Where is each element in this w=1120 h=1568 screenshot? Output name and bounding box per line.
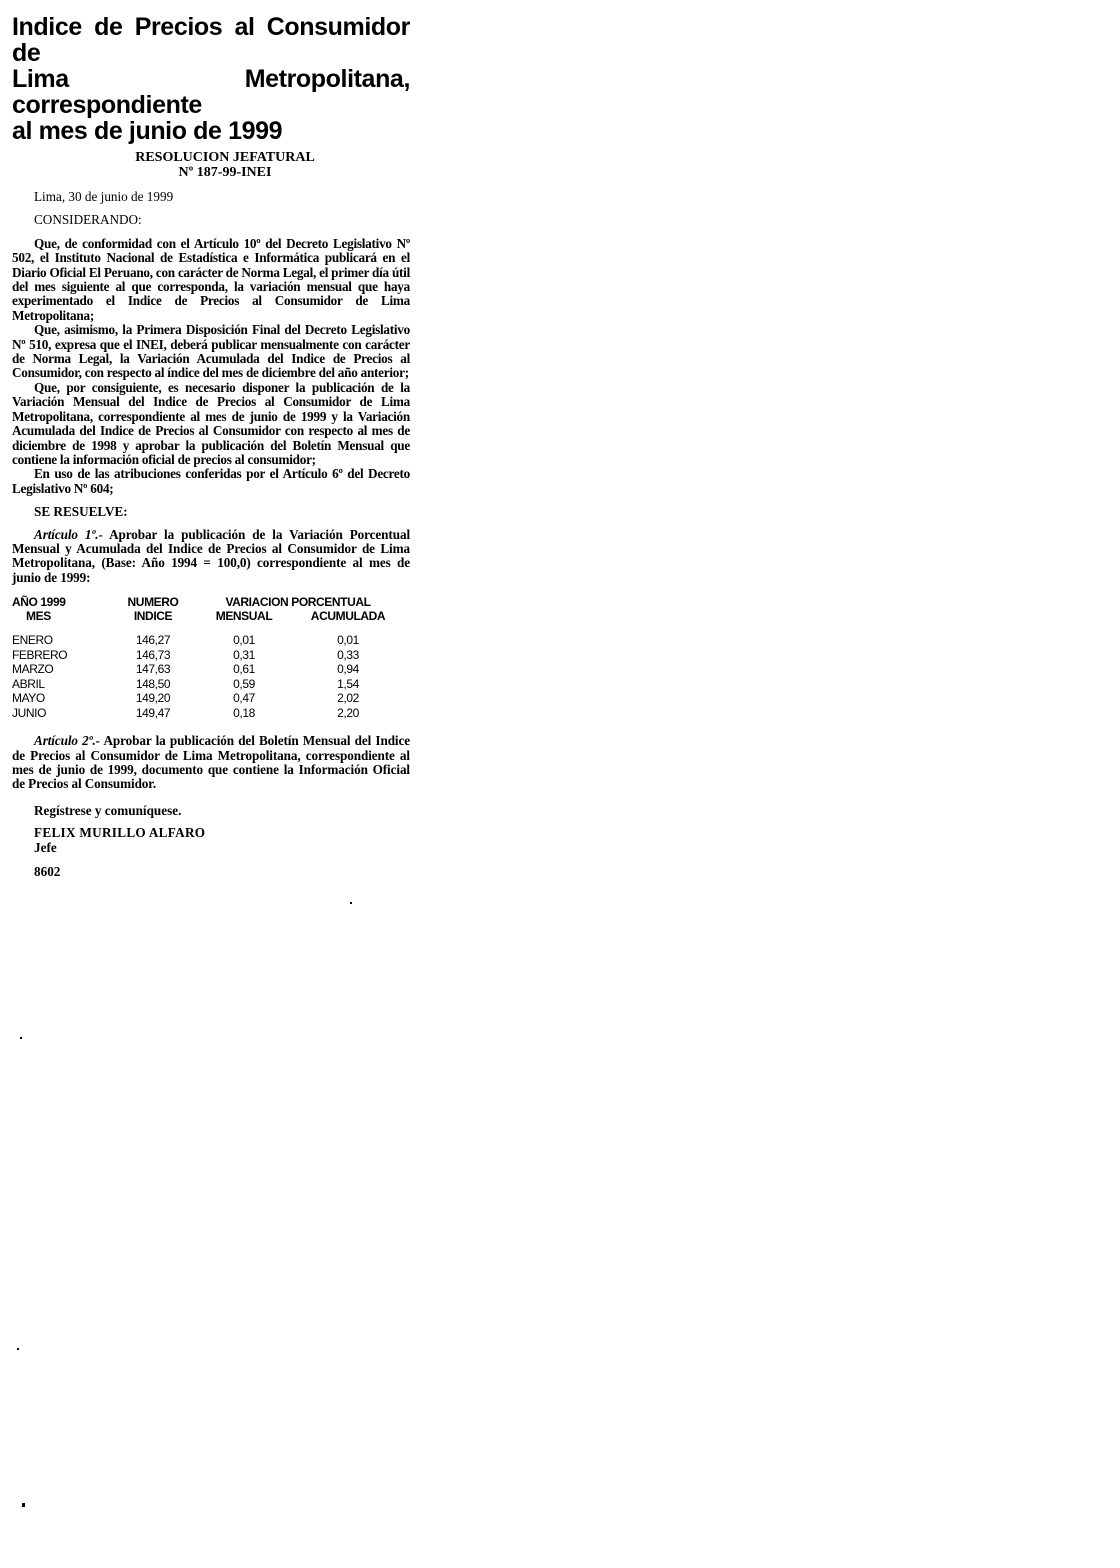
scan-speck — [17, 1348, 19, 1350]
cell-mes: MARZO — [12, 662, 112, 677]
cell-indice: 146,27 — [112, 633, 194, 648]
cell-mensual: 0,01 — [194, 633, 294, 648]
publication-code: 8602 — [12, 865, 410, 879]
cell-mes: ABRIL — [12, 677, 112, 692]
se-resuelve-label: SE RESUELVE: — [12, 505, 410, 519]
resolution-number: Nº 187-99-INEI — [40, 165, 410, 180]
considerando-paragraph: Que, por consiguiente, es necesario disp… — [12, 381, 410, 467]
cell-mensual: 0,18 — [194, 706, 294, 721]
cell-indice: 148,50 — [112, 677, 194, 692]
cell-acumulada: 1,54 — [294, 677, 402, 692]
ipc-table: AÑO 1999 NUMERO VARIACION PORCENTUAL MES… — [12, 595, 402, 720]
cell-acumulada: 2,20 — [294, 706, 402, 721]
table-row: FEBRERO 146,73 0,31 0,33 — [12, 648, 402, 663]
header-indice: INDICE — [112, 609, 194, 623]
cell-indice: 149,20 — [112, 691, 194, 706]
header-variacion: VARIACION PORCENTUAL — [194, 595, 402, 609]
cell-acumulada: 0,94 — [294, 662, 402, 677]
headline: Indice de Precios al Consumidor de Lima … — [12, 14, 410, 144]
place-date: Lima, 30 de junio de 1999 — [12, 190, 410, 204]
scan-speck — [20, 1037, 22, 1039]
header-year: AÑO 1999 — [12, 595, 112, 609]
cell-mensual: 0,59 — [194, 677, 294, 692]
cell-acumulada: 0,33 — [294, 648, 402, 663]
cell-mes: MAYO — [12, 691, 112, 706]
table-row: MARZO 147,63 0,61 0,94 — [12, 662, 402, 677]
considerando-paragraph: En uso de las atribuciones conferidas po… — [12, 467, 410, 496]
cell-mensual: 0,31 — [194, 648, 294, 663]
articulo-1: Artículo 1º.- Aprobar la publicación de … — [12, 528, 410, 586]
headline-line-3: al mes de junio de 1999 — [12, 118, 410, 144]
cell-mes: ENERO — [12, 633, 112, 648]
articulo-1-label: Artículo 1º.- — [34, 527, 103, 542]
table-header: AÑO 1999 NUMERO VARIACION PORCENTUAL MES… — [12, 595, 402, 623]
cell-mes: FEBRERO — [12, 648, 112, 663]
table-row: JUNIO 149,47 0,18 2,20 — [12, 706, 402, 721]
table-row: ENERO 146,27 0,01 0,01 — [12, 633, 402, 648]
table-row: MAYO 149,20 0,47 2,02 — [12, 691, 402, 706]
document-page: Indice de Precios al Consumidor de Lima … — [12, 14, 410, 879]
cell-mensual: 0,47 — [194, 691, 294, 706]
table-row: ABRIL 148,50 0,59 1,54 — [12, 677, 402, 692]
considerandos: Que, de conformidad con el Artículo 10º … — [12, 237, 410, 496]
cell-indice: 149,47 — [112, 706, 194, 721]
resolution-title: RESOLUCION JEFATURAL Nº 187-99-INEI — [12, 150, 410, 180]
cell-mes: JUNIO — [12, 706, 112, 721]
considerando-label: CONSIDERANDO: — [12, 213, 410, 227]
considerando-paragraph: Que, asimismo, la Primera Disposición Fi… — [12, 323, 410, 381]
articulo-2: Artículo 2º.- Aprobar la publicación del… — [12, 734, 410, 792]
table-body: ENERO 146,27 0,01 0,01 FEBRERO 146,73 0,… — [12, 633, 402, 720]
cell-indice: 146,73 — [112, 648, 194, 663]
header-mensual: MENSUAL — [194, 609, 294, 623]
header-month: MES — [12, 609, 112, 623]
articulo-2-label: Artículo 2º.- — [34, 733, 100, 748]
signer-role: Jefe — [12, 841, 410, 855]
scan-speck — [350, 902, 352, 904]
headline-line-1: Indice de Precios al Consumidor de — [12, 14, 410, 66]
cell-indice: 147,63 — [112, 662, 194, 677]
headline-line-2: Lima Metropolitana, correspondiente — [12, 66, 410, 118]
cell-mensual: 0,61 — [194, 662, 294, 677]
signer-name: FELIX MURILLO ALFARO — [12, 826, 410, 840]
resolution-type: RESOLUCION JEFATURAL — [40, 150, 410, 165]
header-acumulada: ACUMULADA — [294, 609, 402, 623]
registrese-line: Regístrese y comuníquese. — [12, 804, 410, 818]
considerando-paragraph: Que, de conformidad con el Artículo 10º … — [12, 237, 410, 323]
cell-acumulada: 2,02 — [294, 691, 402, 706]
scan-speck — [22, 1503, 25, 1507]
cell-acumulada: 0,01 — [294, 633, 402, 648]
header-numero: NUMERO — [112, 595, 194, 609]
